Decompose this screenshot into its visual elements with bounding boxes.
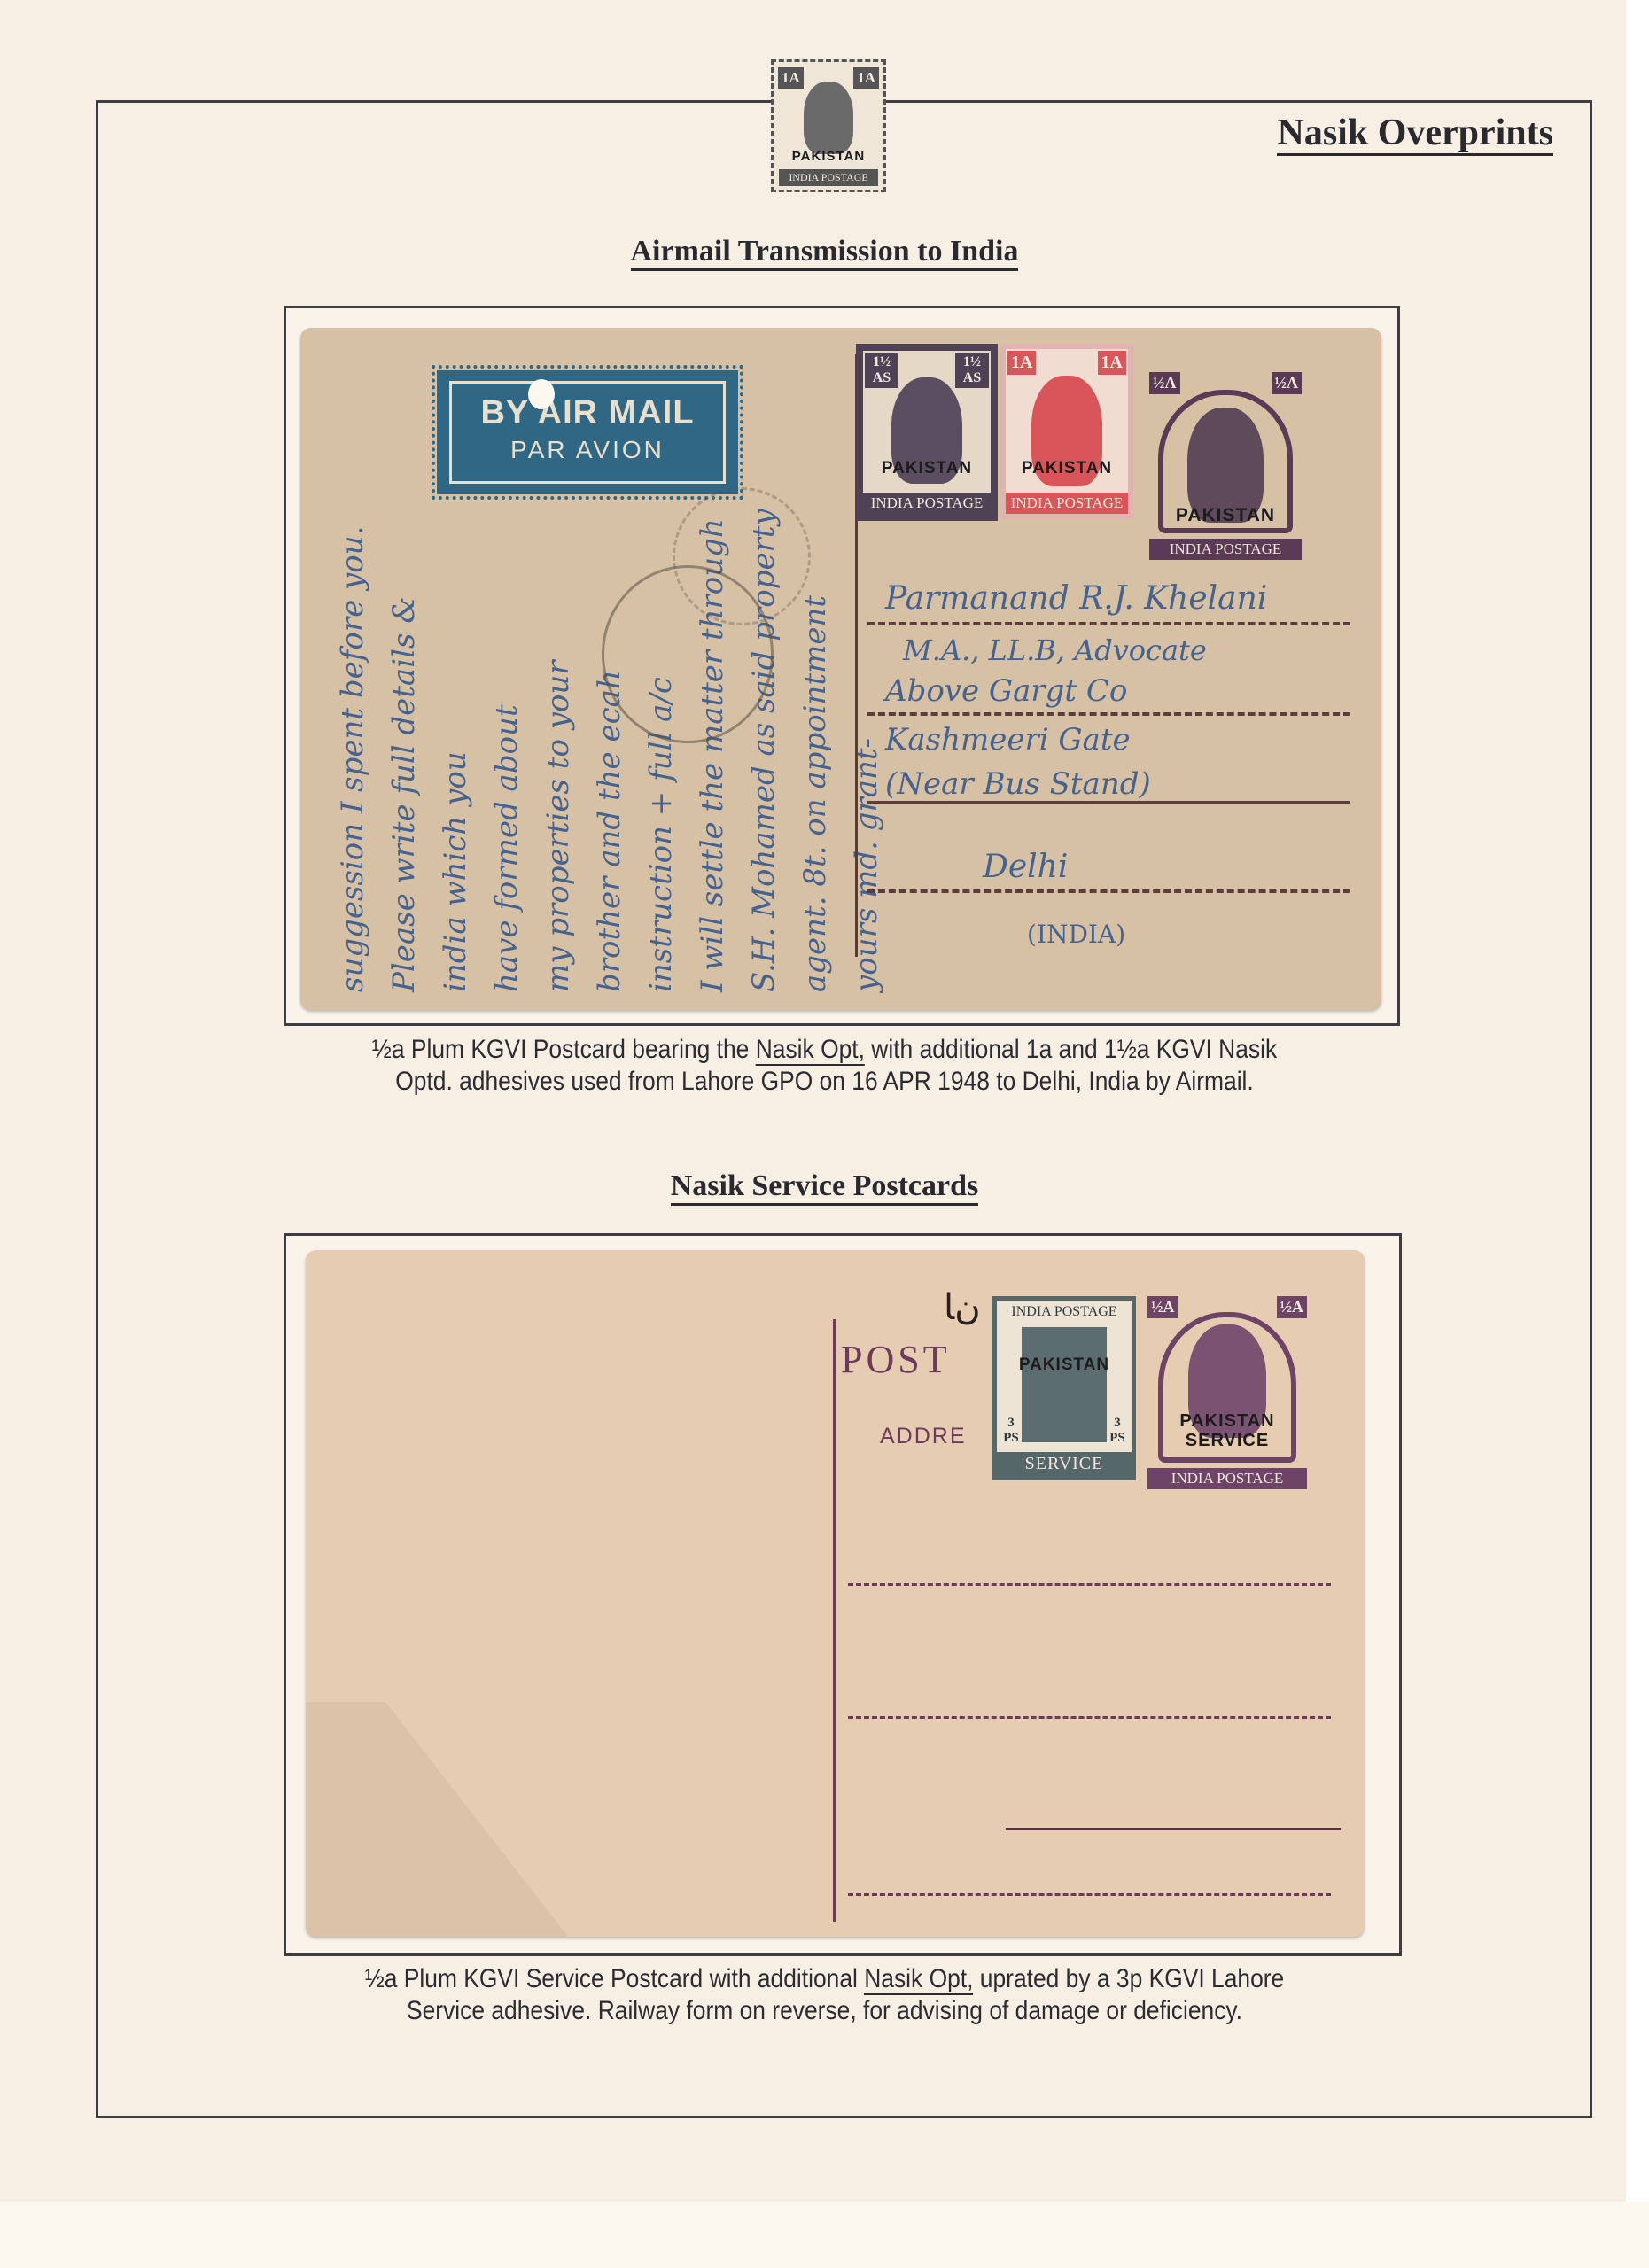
address-line-text: (Near Bus Stand) [885, 766, 1151, 802]
stamp-value: 1A [1007, 351, 1036, 375]
heading-stamp: 1A 1A PAKISTAN INDIA POSTAGE [771, 59, 886, 192]
stamp-value: ½A [1272, 372, 1303, 394]
address-line-text: Kashmeeri Gate [885, 722, 1131, 757]
printed-post-card-label: POST [841, 1337, 951, 1382]
address-line-text: Delhi [983, 849, 1068, 885]
address-line [867, 889, 1350, 893]
stamp-value: 1½ AS [955, 353, 989, 388]
address-line-text: M.A., LL.B, Advocate [903, 633, 1207, 667]
caption: ½a Plum KGVI Postcard bearing the Nasik … [99, 1034, 1551, 1098]
address-line [848, 1716, 1331, 1719]
airmail-postcard: BY AIR MAIL PAR AVION suggession I spent… [300, 328, 1381, 1010]
stamp-label: INDIA POSTAGE [863, 493, 991, 514]
address-line [1006, 1828, 1341, 1830]
caption-text: ½a Plum KGVI Postcard bearing the [372, 1035, 756, 1064]
caption-text: with additional 1a and 1½a KGVI Nasik [865, 1035, 1277, 1064]
urdu-text: ﻥﺎ [944, 1287, 981, 1328]
postmark [673, 487, 811, 625]
service-postcard: POST ADDRE ﻥﺎ INDIA POSTAGE 3 PS 3 PS PA… [306, 1250, 1365, 1937]
handwritten-message-text: suggession I spent before you.Please wri… [327, 509, 892, 992]
king-portrait-icon [1022, 1327, 1107, 1442]
message-line: india which you [430, 509, 481, 992]
page-edge [0, 2202, 1649, 2268]
stamp-value: ½A [1149, 372, 1180, 394]
overprint: PAKISTAN [863, 459, 991, 478]
address-line [848, 1893, 1331, 1896]
message-line: suggession I spent before you. [327, 509, 378, 992]
corner-fold [306, 1702, 572, 1937]
stamp-label: SERVICE [997, 1452, 1132, 1476]
address-line-text: Above Gargt Co [885, 673, 1127, 709]
stamp-1-anna: 1A 1A PAKISTAN INDIA POSTAGE [1000, 344, 1133, 519]
imprinted-stamp-half-anna: ½A ½A PAKISTAN INDIA POSTAGE [1149, 372, 1302, 560]
overprint: PAKISTAN [997, 1355, 1132, 1375]
section-title-text: Nasik Service Postcards [671, 1169, 979, 1206]
address-divider [833, 1319, 836, 1922]
caption: ½a Plum KGVI Service Postcard with addit… [99, 1963, 1551, 2027]
address-line [867, 622, 1350, 625]
postcard-mount: BY AIR MAIL PAR AVION suggession I spent… [284, 306, 1400, 1026]
stamp-value: ½A [1147, 1296, 1178, 1318]
caption-text: Service adhesive. Railway form on revers… [407, 1996, 1242, 2025]
address-line [848, 1583, 1331, 1586]
imprinted-stamp-half-anna-service: ½A ½A PAKISTAN SERVICE INDIA POSTAGE [1147, 1296, 1307, 1489]
message-line: have formed about [481, 509, 533, 992]
address-line [867, 712, 1350, 716]
stamp-3-pies-service: INDIA POSTAGE 3 PS 3 PS PAKISTAN SERVICE [992, 1296, 1136, 1480]
caption-text: uprated by a 3p KGVI Lahore [973, 1964, 1284, 1993]
stamp-value: ½A [1277, 1296, 1308, 1318]
stamp-label: INDIA POSTAGE [1147, 1468, 1307, 1489]
stamp-value: 3 PS [1105, 1414, 1130, 1448]
address-line-text: (INDIA) [1027, 920, 1125, 949]
page-edge [1626, 0, 1649, 2268]
stamp-value: 1½ AS [865, 353, 898, 388]
overprint: PAKISTAN SERVICE [1147, 1411, 1307, 1450]
message-line: brother and the ecah [584, 509, 635, 992]
stamp-value: 1A [1098, 351, 1126, 375]
address-line-text: Parmanand R.J. Khelani [885, 580, 1267, 617]
stamp-value: 1A [778, 67, 804, 89]
section-title-text: Airmail Transmission to India [631, 235, 1019, 271]
overprint: PAKISTAN [1149, 505, 1302, 526]
handwritten-message: suggession I spent before you.Please wri… [318, 337, 867, 1001]
king-portrait-icon [804, 82, 853, 154]
printed-address-label: ADDRE [880, 1424, 967, 1449]
stamp-value: 1A [853, 67, 879, 89]
page-title: Nasik Overprints [1277, 113, 1553, 156]
postcard-mount: POST ADDRE ﻥﺎ INDIA POSTAGE 3 PS 3 PS PA… [284, 1233, 1402, 1956]
message-line: Please write full details & [378, 509, 430, 992]
section-title: Nasik Service Postcards [0, 1169, 1649, 1203]
section-title: Airmail Transmission to India [0, 235, 1649, 268]
stamp-label: INDIA POSTAGE [1149, 539, 1302, 560]
caption-text: ½a Plum KGVI Service Postcard with addit… [365, 1964, 864, 1993]
overprint: PAKISTAN [774, 149, 883, 164]
caption-text: Optd. adhesives used from Lahore GPO on … [395, 1067, 1254, 1096]
overprint: PAKISTAN [1006, 459, 1128, 478]
stamp-label: INDIA POSTAGE [779, 169, 878, 186]
caption-underlined: Nasik Opt, [756, 1035, 865, 1066]
caption-underlined: Nasik Opt, [864, 1964, 973, 1995]
stamp-label: INDIA POSTAGE [1006, 493, 1128, 514]
stamp-top-label: INDIA POSTAGE [997, 1301, 1132, 1324]
stamp-value: 3 PS [999, 1414, 1023, 1448]
stamp-1-5-annas: 1½ AS 1½ AS PAKISTAN INDIA POSTAGE [856, 344, 998, 521]
message-line: my properties to your [533, 509, 584, 992]
